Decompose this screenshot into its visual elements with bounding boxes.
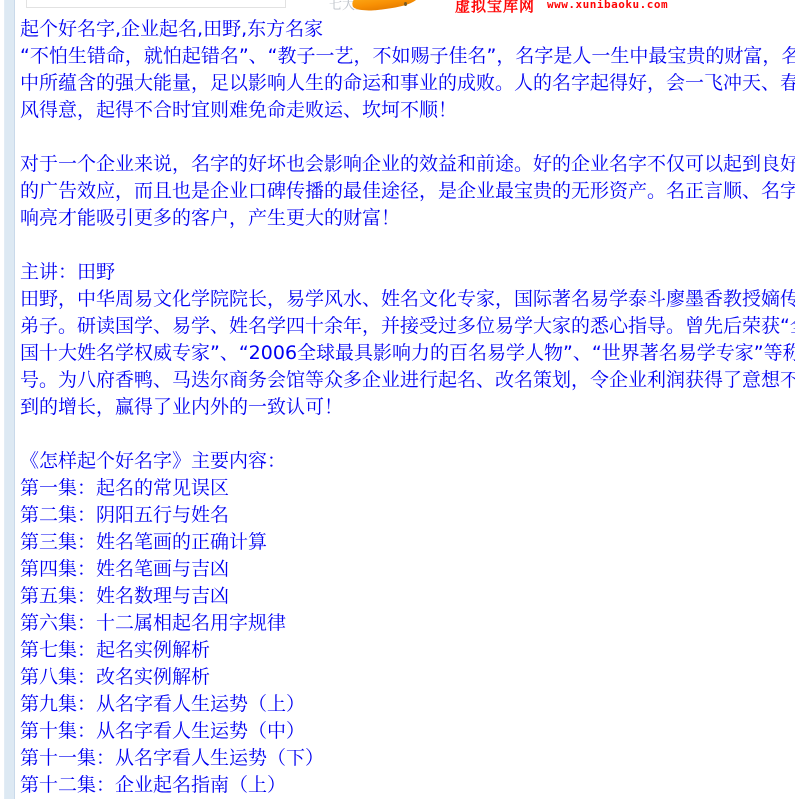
intro-paragraph-line: 风得意，起得不合时宜则难免命走败运、坎坷不顺！ bbox=[20, 97, 795, 124]
episode-item: 第九集：从名字看人生运势（上） bbox=[20, 691, 795, 718]
episode-item: 第五集：姓名数理与吉凶 bbox=[20, 583, 795, 610]
business-paragraph-line: 对于一个企业来说，名字的好坏也会影响企业的效益和前途。好的企业名字不仅可以起到良… bbox=[20, 151, 795, 178]
episode-item: 第十集：从名字看人生运势（中） bbox=[20, 718, 795, 745]
episode-item: 第十一集：从名字看人生运势（下） bbox=[20, 745, 795, 772]
episode-item: 第十二集：企业起名指南（上） bbox=[20, 772, 795, 799]
page-title: 起个好名字,企业起名,田野,东方名家 bbox=[20, 16, 795, 43]
blank-line bbox=[20, 421, 795, 448]
site-name[interactable]: 虚拟宝库网 bbox=[455, 0, 535, 13]
article-body: 起个好名字,企业起名,田野,东方名家 “不怕生错命，就怕起错名”、“教子一艺，不… bbox=[20, 16, 795, 799]
lecturer-heading: 主讲：田野 bbox=[20, 259, 795, 286]
intro-paragraph-line: 中所蕴含的强大能量，足以影响人生的命运和事业的成败。人的名字起得好，会一飞冲天、… bbox=[20, 70, 795, 97]
episode-item: 第八集：改名实例解析 bbox=[20, 664, 795, 691]
episode-item: 第二集：阴阳五行与姓名 bbox=[20, 502, 795, 529]
episode-item: 第七集：起名实例解析 bbox=[20, 637, 795, 664]
business-paragraph-line: 的广告效应，而且也是企业口碑传播的最佳途径，是企业最宝贵的无形资产。名正言顺、名… bbox=[20, 178, 795, 205]
site-header-clipped: 七大宝库 虚拟宝库网 www.xunibaoku.com bbox=[0, 0, 801, 13]
lecturer-bio-line: 号。为八府香鸭、马迭尔商务会馆等众多企业进行起名、改名策划，令企业利润获得了意想… bbox=[20, 367, 795, 394]
lecturer-bio-line: 田野，中华周易文化学院院长，易学风水、姓名文化专家，国际著名易学泰斗廖墨香教授嫡… bbox=[20, 286, 795, 313]
site-logo-icon-detail bbox=[404, 2, 407, 6]
site-url[interactable]: www.xunibaoku.com bbox=[547, 0, 668, 11]
blank-line bbox=[20, 124, 795, 151]
episode-item: 第六集：十二属相起名用字规律 bbox=[20, 610, 795, 637]
blank-line bbox=[20, 232, 795, 259]
contents-heading: 《怎样起个好名字》主要内容： bbox=[20, 448, 795, 475]
lecturer-bio-line: 到的增长，赢得了业内外的一致认可！ bbox=[20, 394, 795, 421]
lecturer-bio-line: 弟子。研读国学、易学、姓名学四十余年，并接受过多位易学大家的悉心指导。曾先后荣获… bbox=[20, 313, 795, 340]
episode-item: 第三集：姓名笔画的正确计算 bbox=[20, 529, 795, 556]
business-paragraph-line: 响亮才能吸引更多的客户，产生更大的财富！ bbox=[20, 205, 795, 232]
episode-item: 第四集：姓名笔画与吉凶 bbox=[20, 556, 795, 583]
intro-paragraph-line: “不怕生错命，就怕起错名”、“教子一艺，不如赐子佳名”，名字是人一生中最宝贵的财… bbox=[20, 43, 795, 70]
left-page-margin-strip bbox=[4, 0, 15, 799]
search-input[interactable] bbox=[26, 0, 286, 8]
lecturer-bio-line: 国十大姓名学权威专家”、“2006全球最具影响力的百名易学人物”、“世界著名易学… bbox=[20, 340, 795, 367]
episode-item: 第一集：起名的常见误区 bbox=[20, 475, 795, 502]
